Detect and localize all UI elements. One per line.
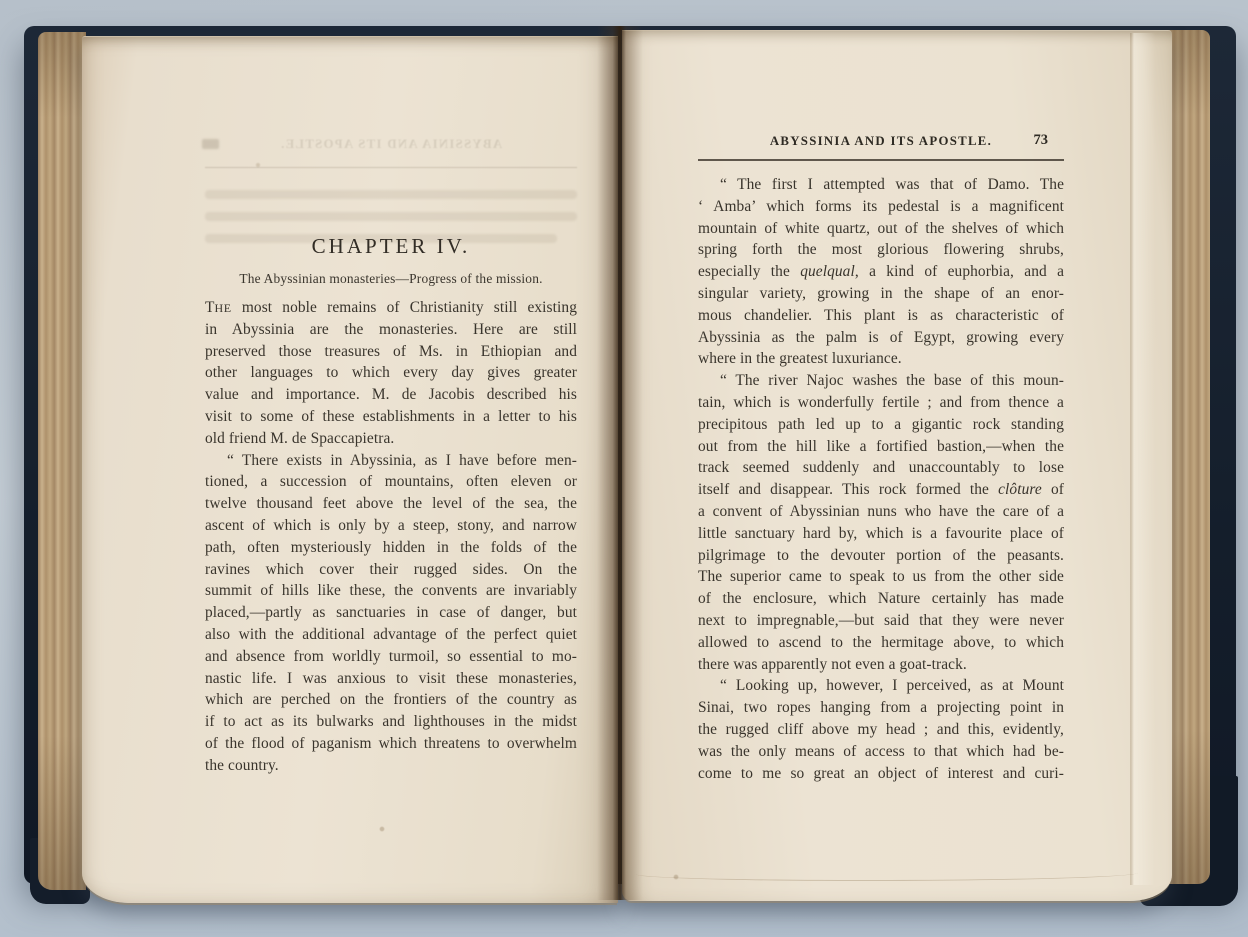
text-line: out from the hill like a fortified basti… (698, 436, 1064, 458)
text-line: nastic life. I was anxious to visit thes… (205, 668, 577, 690)
text-line: THE most noble remains of Christianity s… (205, 297, 577, 319)
text-line: itself and disappear. This rock formed t… (698, 479, 1064, 501)
paragraph: “ There exists in Abyssinia, as I have b… (205, 450, 577, 777)
text-line: next to impregnable,—but said that they … (698, 610, 1064, 632)
text-line: visit to some of these establishments in… (205, 406, 577, 428)
text-line: path, often mysteriously hidden in the f… (205, 537, 577, 559)
text-line: mountain of white quartz, out of the she… (698, 218, 1064, 240)
text-line: old friend M. de Spaccapietra. (205, 428, 577, 450)
page-edges-right (1166, 30, 1210, 884)
right-page-text: “ The first I attempted was that of Damo… (698, 174, 1064, 784)
running-header: ABYSSINIA AND ITS APOSTLE. (698, 134, 1064, 149)
open-book-photograph: ABYSSINIA AND ITS APOSTLE. CHAPTER IV. T… (0, 0, 1248, 937)
text-line: of the flood of paganism which threatens… (205, 733, 577, 755)
text-line: spring forth the most glorious flowering… (698, 239, 1064, 261)
text-line: the country. (205, 755, 577, 777)
running-header-row: ABYSSINIA AND ITS APOSTLE. 73 (698, 134, 1064, 152)
left-page: ABYSSINIA AND ITS APOSTLE. CHAPTER IV. T… (82, 36, 618, 903)
text-line: summit of hills like these, the convents… (205, 580, 577, 602)
text-line: Abyssinia as the palm is of Egypt, growi… (698, 327, 1064, 349)
paragraph: THE most noble remains of Christianity s… (205, 297, 577, 450)
text-line: singular variety, growing in the shape o… (698, 283, 1064, 305)
text-line: “ There exists in Abyssinia, as I have b… (205, 450, 577, 472)
text-line: come to me so great an object of interes… (698, 763, 1064, 785)
text-line: and absence from worldly turmoil, so ess… (205, 646, 577, 668)
header-rule (698, 159, 1064, 161)
paragraph: “ The first I attempted was that of Damo… (698, 174, 1064, 370)
text-line: the rugged cliff above my head ; and thi… (698, 719, 1064, 741)
text-line: precipitous path led up to a gigantic ro… (698, 414, 1064, 436)
page-number: 73 (1034, 132, 1049, 149)
text-line: placed,—partly as sanctuaries in case of… (205, 602, 577, 624)
paragraph: “ The river Najoc washes the base of thi… (698, 370, 1064, 675)
text-line: especially the quelqual, a kind of eupho… (698, 261, 1064, 283)
showthrough-page-number-blot (202, 139, 219, 149)
chapter-heading: CHAPTER IV. (205, 234, 577, 259)
text-line: where in the greatest luxuriance. (698, 348, 1064, 370)
text-line: allowed to ascend to the hermitage above… (698, 632, 1064, 654)
text-line: “ The first I attempted was that of Damo… (698, 174, 1064, 196)
text-line: tain, which is wonderfully fertile ; and… (698, 392, 1064, 414)
text-line: little sanctuary hard by, which is a fav… (698, 523, 1064, 545)
text-line: pilgrimage to the devouter portion of th… (698, 545, 1064, 567)
text-line: also with the additional advantage of th… (205, 624, 577, 646)
showthrough-text-line (205, 212, 577, 221)
paragraph: “ Looking up, however, I perceived, as a… (698, 675, 1064, 784)
text-line: ‘ Amba’ which forms its pedestal is a ma… (698, 196, 1064, 218)
showthrough-header-rule (205, 167, 577, 168)
text-line: track seemed suddenly and unaccountably … (698, 457, 1064, 479)
showthrough-text-line (205, 190, 577, 199)
text-line: preserved those treasures of Ms. in Ethi… (205, 341, 577, 363)
text-line: “ The river Najoc washes the base of thi… (698, 370, 1064, 392)
text-line: ravines which cover their rugged sides. … (205, 559, 577, 581)
showthrough-header-text: ABYSSINIA AND ITS APOSTLE. (205, 137, 577, 152)
text-line: ascent of which is only by a steep, ston… (205, 515, 577, 537)
text-line: was the only means of access to that whi… (698, 741, 1064, 763)
text-line: in Abyssinia are the monasteries. Here a… (205, 319, 577, 341)
page-edges-left (38, 32, 86, 890)
text-line: mous chandelier. This plant is as charac… (698, 305, 1064, 327)
text-line: Sinai, two ropes hanging from a projecti… (698, 697, 1064, 719)
text-line: there was apparently not even a goat-tra… (698, 654, 1064, 676)
text-line: The superior came to speak to us from th… (698, 566, 1064, 588)
text-line: other languages to which every day gives… (205, 362, 577, 384)
text-line: twelve thousand feet above the level of … (205, 493, 577, 515)
text-line: of the enclosure, which Nature certainly… (698, 588, 1064, 610)
text-line: tioned, a succession of mountains, often… (205, 471, 577, 493)
text-line: which are perched on the frontiers of th… (205, 689, 577, 711)
right-page: ABYSSINIA AND ITS APOSTLE. 73 “ The firs… (622, 30, 1172, 901)
text-line: a convent of Abyssinian nuns who have th… (698, 501, 1064, 523)
left-page-text: THE most noble remains of Christianity s… (205, 297, 577, 777)
text-line: if to act as its bulwarks and lighthouse… (205, 711, 577, 733)
text-line: “ Looking up, however, I perceived, as a… (698, 675, 1064, 697)
chapter-subtitle: The Abyssinian monasteries—Progress of t… (182, 271, 600, 287)
text-line: value and importance. M. de Jacobis desc… (205, 384, 577, 406)
